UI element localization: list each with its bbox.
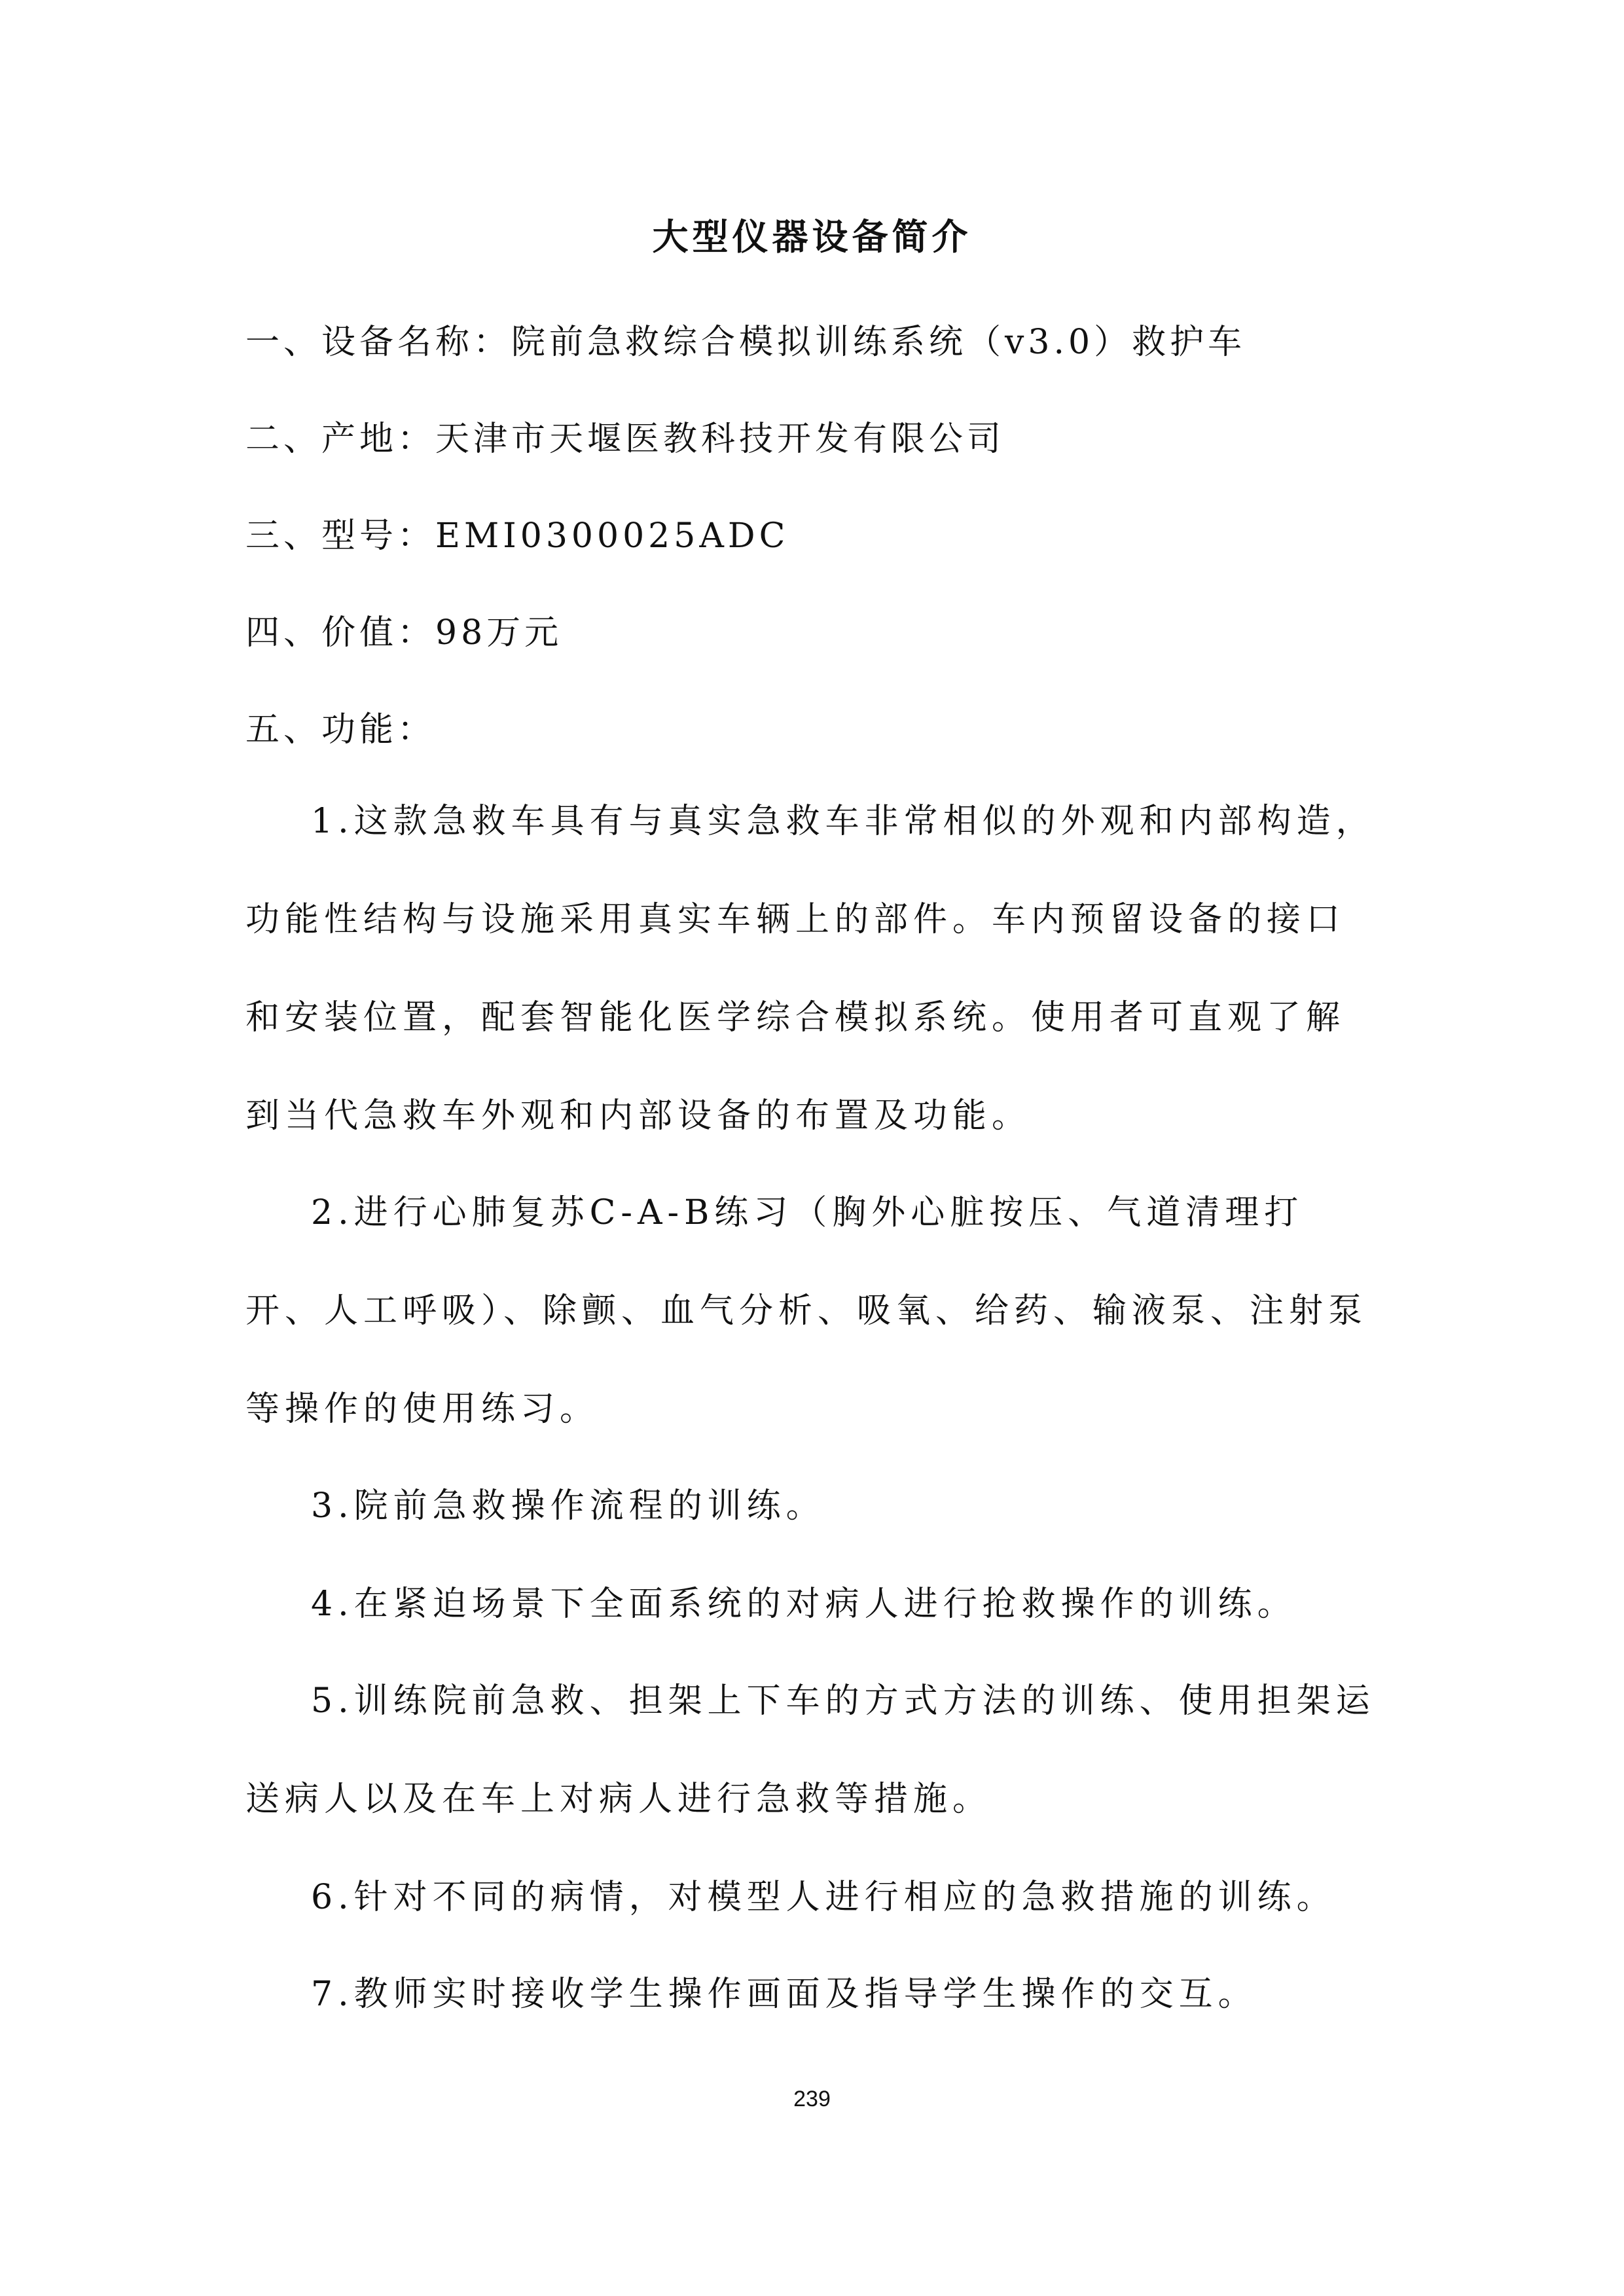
function-item-3: 3.院前急救操作流程的训练。 bbox=[245, 1457, 1378, 1555]
function-item-6: 6.针对不同的病情，对模型人进行相应的急救措施的训练。 bbox=[245, 1848, 1378, 1946]
field-label: 五、功能： bbox=[245, 710, 435, 749]
document-page: 大型仪器设备简介 一、设备名称：院前急救综合模拟训练系统（v3.0）救护车 二、… bbox=[0, 0, 1624, 2296]
field-value: 院前急救综合模拟训练系统（v3.0）救护车 bbox=[511, 323, 1246, 362]
field-label: 四、价值： bbox=[245, 613, 435, 653]
field-label: 三、型号： bbox=[245, 516, 435, 556]
function-item-4: 4.在紧迫场景下全面系统的对病人进行抢救操作的训练。 bbox=[245, 1555, 1378, 1653]
field-label: 二、产地： bbox=[245, 420, 435, 459]
field-device-name: 一、设备名称：院前急救综合模拟训练系统（v3.0）救护车 bbox=[245, 314, 1246, 363]
field-model: 三、型号：EMI0300025ADC bbox=[245, 508, 789, 557]
page-number: 239 bbox=[0, 2087, 1624, 2112]
function-item-1: 1.这款急救车具有与真实急救车非常相似的外观和内部构造，功能性结构与设施采用真实… bbox=[245, 772, 1378, 1165]
field-origin: 二、产地：天津市天堰医教科技开发有限公司 bbox=[245, 411, 1005, 460]
field-label: 一、设备名称： bbox=[245, 323, 511, 362]
document-title: 大型仪器设备简介 bbox=[0, 208, 1624, 260]
field-value: 98万元 bbox=[435, 613, 562, 653]
field-value: EMI0300025ADC bbox=[435, 516, 789, 556]
function-item-2: 2.进行心肺复苏C-A-B练习（胸外心脏按压、气道清理打开、人工呼吸）、除颤、血… bbox=[245, 1164, 1378, 1458]
function-item-5: 5.训练院前急救、担架上下车的方式方法的训练、使用担架运送病人以及在车上对病人进… bbox=[245, 1652, 1378, 1848]
field-value-price: 四、价值：98万元 bbox=[245, 605, 562, 654]
field-functions-heading: 五、功能： bbox=[245, 702, 435, 751]
field-value: 天津市天堰医教科技开发有限公司 bbox=[435, 420, 1005, 459]
function-item-7: 7.教师实时接收学生操作画面及指导学生操作的交互。 bbox=[245, 1945, 1378, 2043]
